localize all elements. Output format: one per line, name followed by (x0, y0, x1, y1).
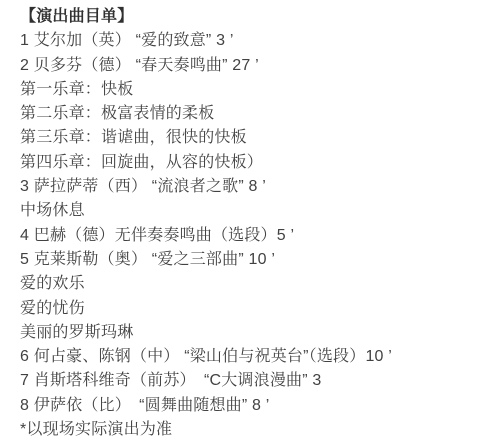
program-line-piece-7: 7 肖斯塔科维奇（前苏） “C大调浪漫曲” 3 (20, 369, 467, 393)
program-line-piece-8: 8 伊萨依（比） “圆舞曲随想曲” 8 ’ (20, 394, 467, 418)
program-line-piece-3: 3 萨拉萨蒂（西） “流浪者之歌” 8 ’ (20, 175, 467, 199)
program-line-movement-2: 第二乐章：极富表情的柔板 (20, 102, 467, 126)
program-line-piece-4: 4 巴赫（德）无伴奏奏鸣曲（选段）5 ’ (20, 224, 467, 248)
program-line-movement-3: 第三乐章：谐谑曲，很快的快板 (20, 126, 467, 150)
program-line-subpiece-3: 美丽的罗斯玛琳 (20, 321, 467, 345)
program-line-movement-1: 第一乐章：快板 (20, 78, 467, 102)
page-title: 【演出曲目单】 (20, 5, 467, 29)
concert-program-page: 【演出曲目单】 1 艾尔加（英） “爱的致意” 3 ’ 2 贝多芬（德） “春天… (0, 0, 481, 443)
program-line-piece-6: 6 何占豪、陈钢（中） “梁山伯与祝英台”（选段）10 ’ (20, 345, 467, 369)
program-line-subpiece-2: 爱的忧伤 (20, 297, 467, 321)
program-line-piece-1: 1 艾尔加（英） “爱的致意” 3 ’ (20, 29, 467, 53)
program-line-subpiece-1: 爱的欢乐 (20, 272, 467, 296)
program-line-movement-4: 第四乐章：回旋曲，从容的快板） (20, 151, 467, 175)
program-footnote: *以现场实际演出为准 (20, 418, 467, 442)
program-line-intermission: 中场休息 (20, 199, 467, 223)
program-line-piece-5: 5 克莱斯勒（奥） “爱之三部曲” 10 ’ (20, 248, 467, 272)
program-line-piece-2: 2 贝多芬（德） “春天奏鸣曲” 27 ’ (20, 54, 467, 78)
